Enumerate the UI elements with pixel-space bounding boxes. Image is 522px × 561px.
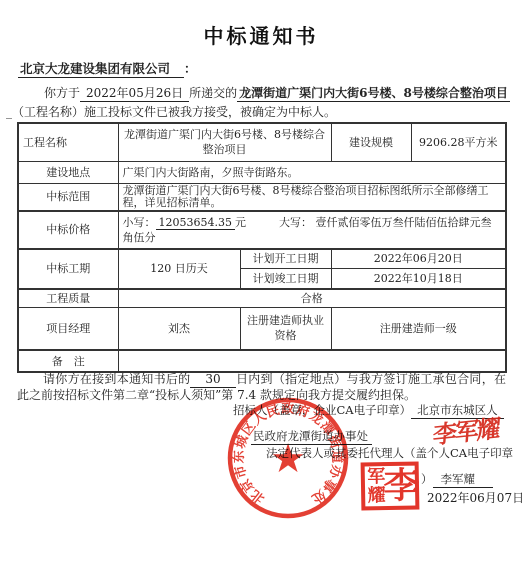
table-row-duration-start: 中标工期 120 日历天 计划开工日期 2022年06月20日: [18, 249, 506, 269]
scale-value: 9206.28平方米: [411, 123, 506, 161]
agent-label-close: ）: [421, 472, 433, 486]
start-date-label: 计划开工日期: [240, 249, 331, 269]
intro-bid-date: 2022年05月26日: [80, 86, 189, 102]
closing-seg1: 请你方在接到本通知书后的: [43, 372, 190, 386]
location-value: 广渠门内大街路南，夕照寺街路东。: [118, 161, 506, 183]
intro-seg1: 你方于: [44, 86, 80, 100]
bidder-label: 招标人（盖章，企业CA电子印章）: [233, 403, 411, 417]
intro-line-1: 你方于2022年05月26日所递交的龙潭街道广渠门内大街6号楼、8号楼综合整治项…: [44, 84, 510, 101]
closing-paragraph: 请你方在接到本通知书后的30日内到（指定地点）与我方签订施工承包合同，在此之前按…: [17, 371, 506, 403]
scope-value: 龙潭街道广渠门内大街6号楼、8号楼综合整治项目招标图纸所示全部修缮工程，详见招标…: [118, 183, 506, 211]
recipient-line: 北京大龙建设集团有限公司：: [18, 59, 197, 77]
end-date-label: 计划竣工日期: [240, 269, 331, 289]
table-row-location: 建设地点 广渠门内大街路南，夕照寺街路东。: [18, 161, 506, 183]
manager-cert-label: 注册建造师执业资格: [240, 307, 331, 350]
project-name-value: 龙潭街道广渠门内大街6号楼、8号楼综合整治项目: [118, 123, 331, 161]
agent-label-line: 法定代表人或其委托代理人（盖个人CA电子印章: [266, 445, 513, 461]
recipient-company: 北京大龙建设集团有限公司: [18, 61, 184, 78]
table-row-scope: 中标范围 龙潭街道广渠门内大街6号楼、8号楼综合整治项目招标图纸所示全部修缮工程…: [18, 183, 506, 211]
agent-name: 李军耀: [433, 472, 494, 488]
end-date-value: 2022年10月18日: [331, 269, 506, 289]
table-row-price: 中标价格 小写：12053654.35元 大写： 壹仟贰佰零伍万叁仟陆佰伍拾肆元…: [18, 211, 506, 249]
duration-label: 中标工期: [18, 249, 118, 289]
quality-value: 合格: [118, 289, 506, 308]
square-seal-right-column: 李: [388, 466, 416, 506]
intro-line-2: _（工程名称）施工投标文件已被我方接受，被确定为中标人。: [6, 103, 336, 120]
bidder-name-line2: 民政府龙潭街道办事处: [251, 428, 372, 444]
project-name-label: 工程名称: [18, 123, 118, 161]
remark-value: [118, 350, 506, 372]
table-row-remark: 备 注: [18, 350, 506, 372]
table-row-quality: 工程质量 合格: [18, 289, 506, 308]
start-date-value: 2022年06月20日: [331, 249, 506, 269]
closing-days: 30: [190, 372, 235, 388]
price-lower-label: 小写：: [123, 216, 156, 229]
manager-name: 刘杰: [118, 307, 240, 350]
intro-project-name: 龙潭街道广渠门内大街6号楼、8号楼综合整治项目: [237, 86, 510, 102]
signature-date: 2022年06月07日: [427, 489, 522, 506]
personal-square-seal: 军 耀 李: [361, 461, 420, 510]
price-value-cell: 小写：12053654.35元 大写： 壹仟贰佰零伍万叁仟陆佰伍拾肆元叁角伍分: [118, 211, 506, 249]
price-lower-unit: 元: [235, 216, 246, 229]
manager-label: 项目经理: [18, 307, 118, 350]
bidder-name-part2: 民政府龙潭街道办事处: [251, 429, 372, 445]
manager-cert-value: 注册建造师一级: [331, 307, 506, 350]
square-seal-char-right: 李: [383, 466, 420, 505]
page-title: 中标通知书: [0, 20, 522, 49]
table-row-project: 工程名称 龙潭街道广渠门内大街6号楼、8号楼综合整治项目 建设规模 9206.2…: [18, 123, 506, 161]
remark-label: 备 注: [18, 350, 118, 372]
duration-value: 120 日历天: [118, 249, 240, 289]
bid-info-table: 工程名称 龙潭街道广渠门内大街6号楼、8号楼综合整治项目 建设规模 9206.2…: [17, 122, 507, 373]
intro-seg2: 所递交的: [189, 86, 237, 100]
price-label: 中标价格: [18, 211, 118, 249]
scale-label: 建设规模: [331, 123, 411, 161]
recipient-colon: ：: [184, 61, 197, 76]
price-lower-value: 12053654.35: [156, 216, 235, 230]
award-notice-document: 中标通知书 北京大龙建设集团有限公司： 你方于2022年05月26日所递交的龙潭…: [0, 0, 522, 561]
agent-name-line: ）李军耀: [421, 471, 493, 487]
scope-label: 中标范围: [18, 183, 118, 211]
table-row-manager: 项目经理 刘杰 注册建造师执业资格 注册建造师一级: [18, 307, 506, 350]
quality-label: 工程质量: [18, 289, 118, 308]
price-upper-label: 大写：: [279, 216, 312, 229]
handwritten-signature: 李军耀: [432, 408, 500, 450]
location-label: 建设地点: [18, 161, 118, 183]
